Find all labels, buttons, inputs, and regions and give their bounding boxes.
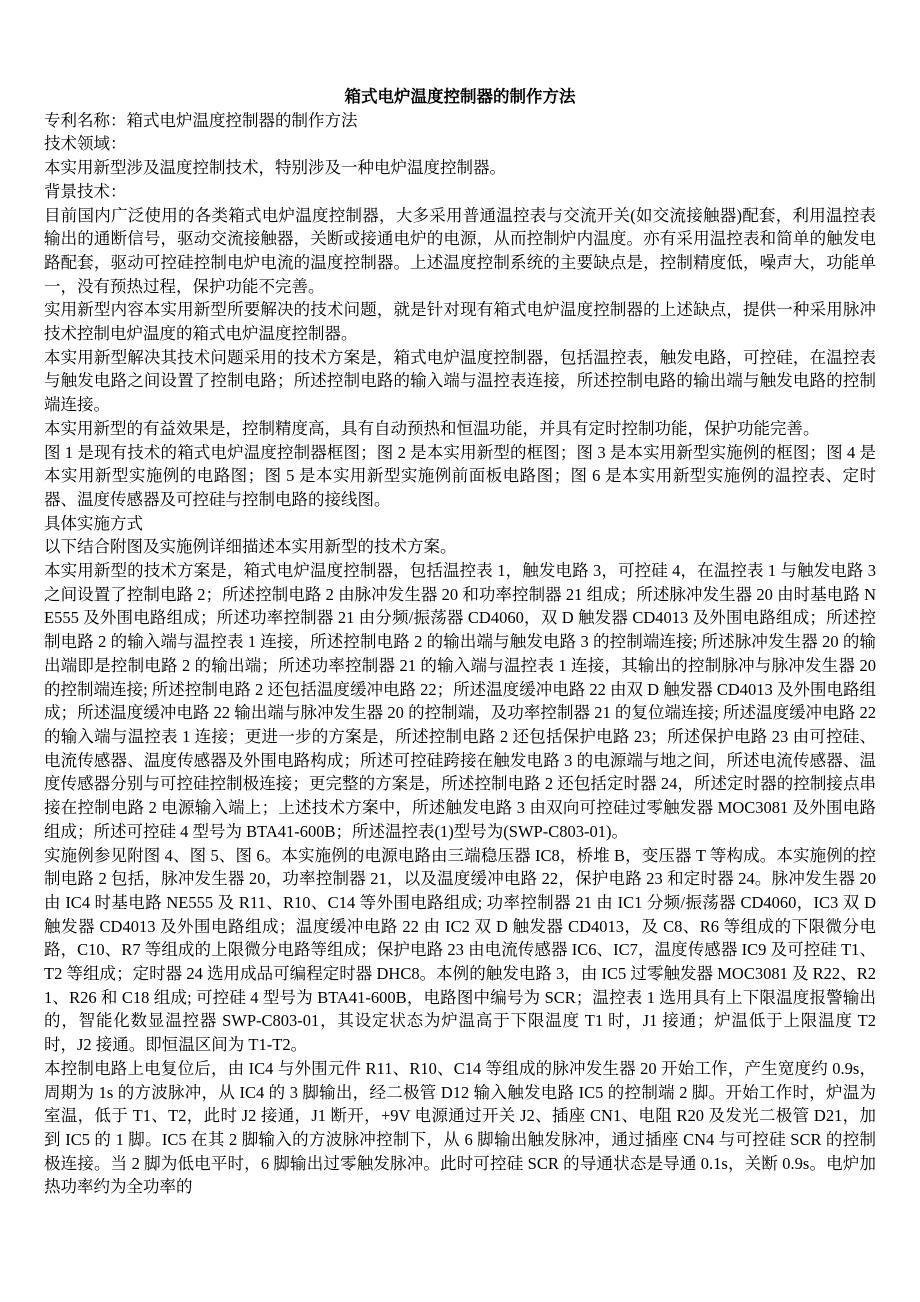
paragraph-technical-solution: 本实用新型解决其技术问题采用的技术方案是，箱式电炉温度控制器，包括温控表，触发电… [44, 346, 876, 417]
page-title: 箱式电炉温度控制器的制作方法 [44, 85, 876, 109]
paragraph-operation: 本控制电路上电复位后，由 IC4 与外围元件 R11、R10、C14 等组成的脉… [44, 1057, 876, 1199]
paragraph-background: 目前国内广泛使用的各类箱式电炉温度控制器，大多采用普通温控表与交流开关(如交流接… [44, 204, 876, 299]
patent-document-page: 箱式电炉温度控制器的制作方法 专利名称：箱式电炉温度控制器的制作方法 技术领域：… [0, 0, 920, 1302]
paragraph-solution-detail: 本实用新型的技术方案是，箱式电炉温度控制器，包括温控表 1，触发电路 3，可控硅… [44, 559, 876, 843]
paragraph-benefits: 本实用新型的有益效果是，控制精度高，具有自动预热和恒温功能，并具有定时控制功能，… [44, 417, 876, 441]
paragraph-utility-content: 实用新型内容本实用新型所要解决的技术问题，就是针对现有箱式电炉温度控制器的上述缺… [44, 298, 876, 345]
heading-background: 背景技术： [44, 180, 876, 204]
paragraph-figure-descriptions: 图 1 是现有技术的箱式电炉温度控制器框图；图 2 是本实用新型的框图；图 3 … [44, 441, 876, 512]
paragraph-technical-field: 本实用新型涉及温度控制技术，特别涉及一种电炉温度控制器。 [44, 156, 876, 180]
heading-implementation: 具体实施方式 [44, 512, 876, 536]
heading-technical-field: 技术领域： [44, 132, 876, 156]
paragraph-embodiment: 实施例参见附图 4、图 5、图 6。本实施例的电源电路由三端稳压器 IC8，桥堆… [44, 844, 876, 1057]
paragraph-implementation-intro: 以下结合附图及实施例详细描述本实用新型的技术方案。 [44, 535, 876, 559]
paragraph-patent-name: 专利名称：箱式电炉温度控制器的制作方法 [44, 109, 876, 133]
